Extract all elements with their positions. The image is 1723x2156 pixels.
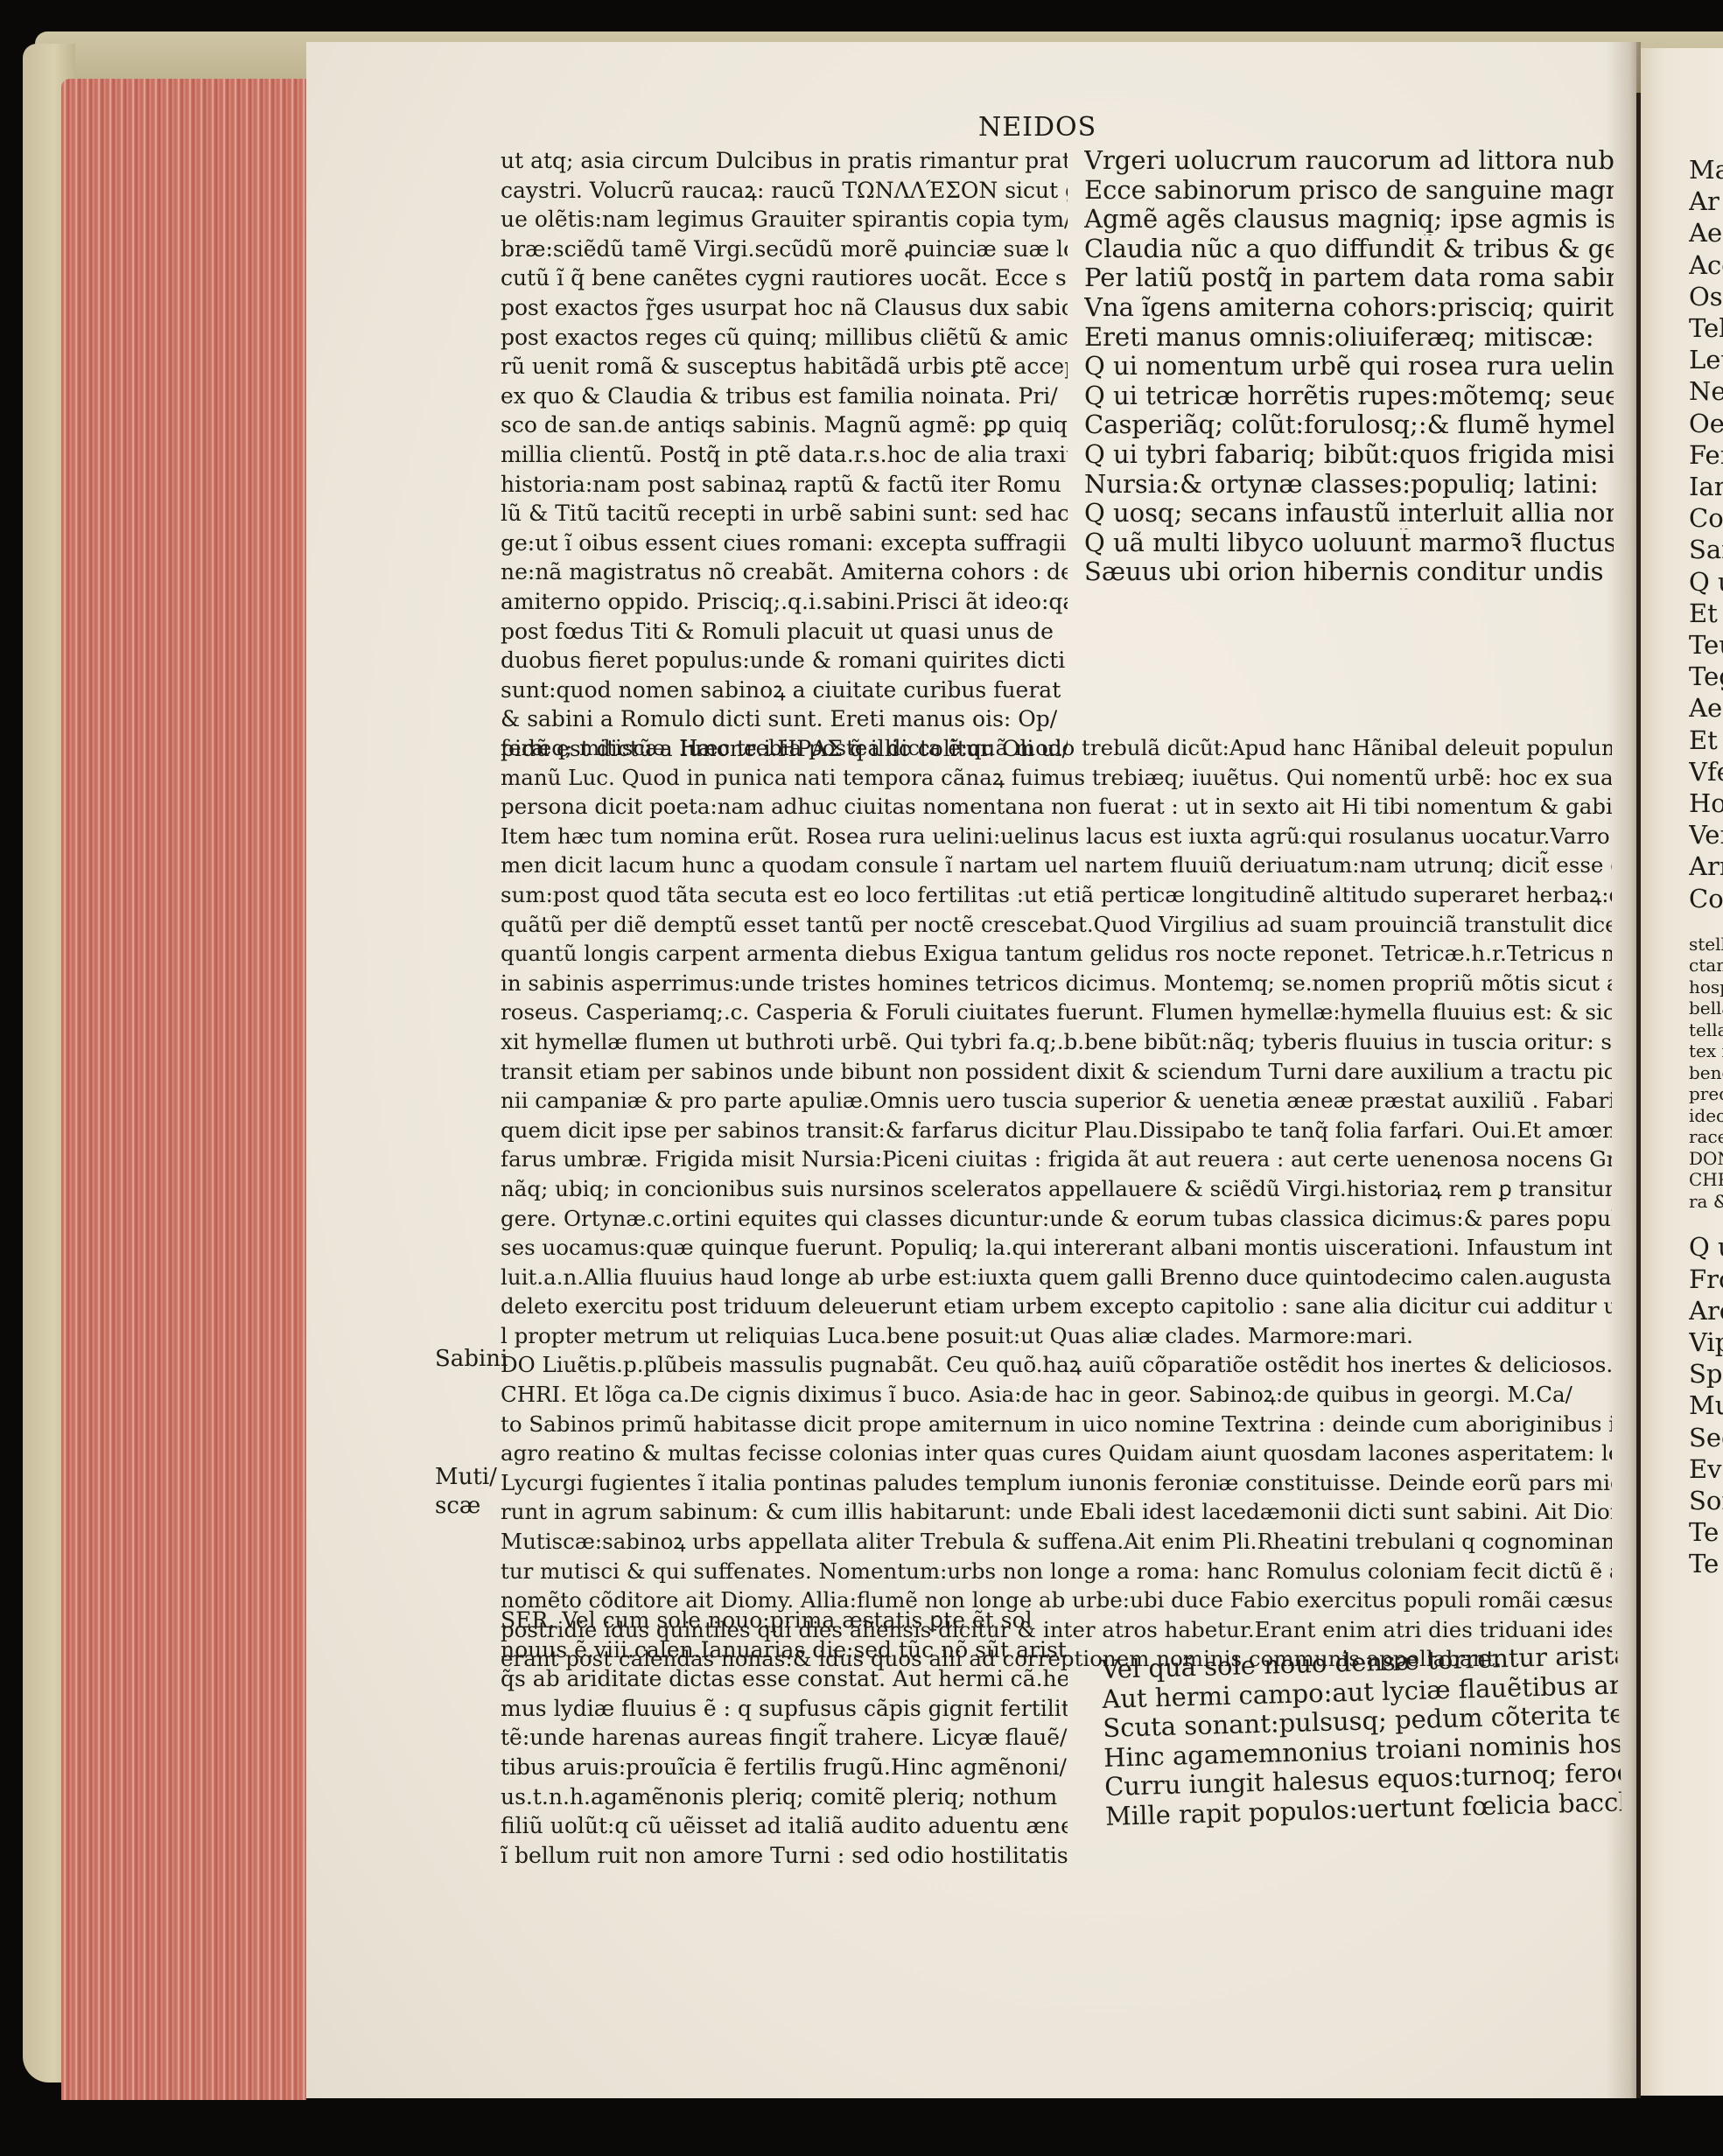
facing-page-fragment: stella c <box>1689 934 1723 955</box>
facing-page-fragment: Viper <box>1689 1326 1723 1358</box>
facing-page-fragment: DON <box>1689 1148 1723 1170</box>
facing-page-fragment: Osc <box>1689 281 1723 312</box>
facing-page-fragment: Fert <box>1689 439 1723 471</box>
facing-page-fragment: precipu <box>1689 1083 1723 1105</box>
commentary-line: l propter metrum ut reliquias Luca.bene … <box>501 1321 1612 1351</box>
commentary-line: amiterno oppido. Prisciq;.q.i.sabini.Pri… <box>501 587 1068 617</box>
commentary-line: in sabinis asperrimus:unde tristes homin… <box>501 969 1612 998</box>
commentary-line: ut atq; asia circum Dulcibus in pratis r… <box>501 146 1068 176</box>
verse-block-top: Vrgeri uolucrum raucorum ad littora nubẽ… <box>1084 146 1614 587</box>
verse-line: Vrgeri uolucrum raucorum ad littora nubẽ… <box>1084 146 1614 176</box>
commentary-line: ex quo & Claudia & tribus est familia no… <box>501 381 1068 411</box>
facing-page-fragment: Tegr <box>1689 661 1723 692</box>
commentary-line: quantũ longis carpent armenta diebus Exi… <box>501 939 1612 969</box>
facing-page-fragment: Q u <box>1689 566 1723 598</box>
commentary-line: gere. Ortynæ.c.ortini equites qui classe… <box>501 1204 1612 1234</box>
commentary-line: post fœdus Titi & Romuli placuit ut quas… <box>501 617 1068 647</box>
facing-page-fragment: Somn <box>1689 1485 1723 1516</box>
verse-block-bottom: Vel quã sole nouo densæ torrentur aristæ… <box>1101 1641 1621 1832</box>
commentary-line: quem dicit ipse per sabinos transit:& fa… <box>501 1116 1612 1145</box>
facing-page-fragment: Aera <box>1689 692 1723 724</box>
facing-page-fragment: Q uir <box>1689 1231 1723 1263</box>
facing-page-fragment: Nec <box>1689 375 1723 407</box>
commentary-line: ge:ut ĩ oibus essent ciues romani: excep… <box>501 528 1068 558</box>
commentary-line: deleto exercitu post triduum deleuerunt … <box>501 1291 1612 1321</box>
facing-page-fragment: bene fa <box>1689 1062 1723 1084</box>
commentary-line: ses uocamus:quæ quinque fuerunt. Populiq… <box>501 1233 1612 1263</box>
commentary-line: historia:nam post sabinaꝝ raptũ & factũ … <box>501 470 1068 500</box>
commentary-line: sunt:quod nomen sabinoꝝ a ciuitate curib… <box>501 675 1068 705</box>
red-stained-page-edges <box>61 79 306 2100</box>
margin-note-sabini: Sabini <box>435 1346 508 1372</box>
facing-page-fragment: Vena <box>1689 819 1723 850</box>
facing-page-fragment: Te liq <box>1689 1548 1723 1579</box>
commentary-line: nii campaniæ & pro parte apuliæ.Omnis ue… <box>501 1086 1612 1116</box>
commentary-line: agro reatino & multas fecisse colonias i… <box>501 1438 1612 1468</box>
facing-page-fragment: Tel <box>1689 312 1723 344</box>
commentary-full-width: feræq; mitiscæ: Hæc trebia postea dicta … <box>501 733 1612 1674</box>
verse-line: Vna ĩgens amiterna cohors:prisciq; quiri… <box>1084 293 1614 323</box>
verse-line: Nursia:& ortynæ classes:populiq; latini: <box>1084 470 1614 500</box>
commentary-line: nãq; ubiq; in concionibus suis nursinos … <box>501 1174 1612 1204</box>
verse-line: Sæuus ubi orion hibernis conditur undis <box>1084 557 1614 587</box>
facing-page-fragment: Sed no <box>1689 1422 1723 1453</box>
facing-page-fragment: Con <box>1689 502 1723 534</box>
commentary-line: us.t.n.h.agamẽnonis pleriq; comitẽ pleri… <box>501 1782 1068 1812</box>
facing-page-fragment: ra & m <box>1689 1191 1723 1213</box>
facing-page-fragment: Evalui <box>1689 1453 1723 1485</box>
verse-line: Agmẽ agẽs clausus magniq; ipse agmis ist… <box>1084 205 1614 234</box>
commentary-line: transit etiam per sabinos unde bibunt no… <box>501 1057 1612 1087</box>
facing-page-fragment: Teut <box>1689 629 1723 661</box>
verse-line: Casperiãq; colũt:forulosq;:& flumẽ hymel… <box>1084 410 1614 440</box>
commentary-line: quãtũ per diẽ demptũ esset tantũ per noc… <box>501 910 1612 940</box>
verse-line: Ereti manus omnis:oliuiferæq; mitiscæ: <box>1084 323 1614 353</box>
commentary-line: tur mutisci & qui suffenates. Nomentum:u… <box>501 1557 1612 1586</box>
facing-page-fragment: Acc <box>1689 249 1723 281</box>
commentary-line: cutũ ĩ q̃ bene canẽtes cygni rautiores u… <box>501 263 1068 293</box>
commentary-line: post exactos reges cũ quinq; millibus cl… <box>501 323 1068 353</box>
verse-line: Q ui tybri fabariq; bibũt:quos frigida m… <box>1084 440 1614 470</box>
commentary-line: Lycurgi fugientes ĩ italia pontinas palu… <box>501 1468 1612 1498</box>
commentary-line: q̃s ab ariditate dictas esse constat. Au… <box>501 1664 1068 1694</box>
commentary-line: filiũ uolũt:q cũ uẽisset ad italiã audit… <box>501 1811 1068 1841</box>
commentary-line: manũ Luc. Quod in punica nati tempora cã… <box>501 763 1612 793</box>
facing-page-fragment: Conu <box>1689 883 1723 914</box>
facing-page-fragment: races fu <box>1689 1126 1723 1148</box>
commentary-bottom-left: SER. Vel cum sole nouo:prima æstatis ꝑte… <box>501 1606 1068 1870</box>
commentary-line: Item hæc tum nomina erũt. Rosea rura uel… <box>501 822 1612 851</box>
verse-line: Ecce sabinorum prisco de sanguine magnum <box>1084 176 1614 206</box>
commentary-line: Mutiscæ:sabinoꝝ urbs appellata aliter Tr… <box>501 1527 1612 1557</box>
facing-page-text: MaArAecAccOscTelLeuNecOebFertIamConSarrQ… <box>1689 154 1723 1580</box>
facing-page-fragment: Iam <box>1689 471 1723 502</box>
facing-page-fragment: Ar <box>1689 185 1723 217</box>
facing-page-fragment: bella p <box>1689 997 1723 1019</box>
commentary-line: DO Liuẽtis.p.plũbeis massulis pugnabãt. … <box>501 1350 1612 1380</box>
verse-line: Claudia nũc a quo diffundit̃ & tribus & … <box>1084 234 1614 264</box>
facing-page-fragment: tex in c <box>1689 1040 1723 1062</box>
commentary-line: men dicit lacum hunc a quodam consule ĩ … <box>501 850 1612 880</box>
commentary-line: ue olẽtis:nam legimus Grauiter spirantis… <box>501 205 1068 234</box>
commentary-line: to Sabinos primũ habitasse dicit prope a… <box>501 1410 1612 1439</box>
commentary-line: rũ uenit romã & susceptus habitãdã urbis… <box>501 352 1068 381</box>
commentary-line: post exactos ɼ̃ges usurpat hoc nã Clausu… <box>501 293 1068 323</box>
commentary-line: lũ & Titũ tacitũ recepti in urbẽ sabini … <box>501 499 1068 528</box>
facing-page-fragment: Sarr <box>1689 534 1723 565</box>
facing-page-fragment: Sparg <box>1689 1358 1723 1389</box>
facing-page-fragment: Horr <box>1689 787 1723 819</box>
commentary-line: CHRI. Et lõga ca.De cignis diximus ĩ buc… <box>501 1380 1612 1410</box>
margin-note-mutiscae-2: scæ <box>435 1493 480 1519</box>
facing-page-fragment: tella ga <box>1689 1019 1723 1041</box>
facing-page-fragment: Aec <box>1689 217 1723 248</box>
commentary-line: runt in agrum sabinum: & cum illis habit… <box>501 1497 1612 1527</box>
facing-page-fragment: Leu <box>1689 344 1723 375</box>
facing-page-fragment: Oeb <box>1689 408 1723 439</box>
margin-note-mutiscae-1: Muti/ <box>435 1464 497 1490</box>
commentary-line: & sabini a Romulo dicti sunt. Ereti manu… <box>501 704 1068 734</box>
commentary-line: ĩ bellum ruit non amore Turni : sed odio… <box>501 1841 1068 1871</box>
running-head: NEIDOS <box>978 112 1096 143</box>
verse-line: Q ui nomentum urbẽ qui rosea rura uelini… <box>1084 352 1614 381</box>
facing-page-fragment: ctant n <box>1689 955 1723 976</box>
facing-page-fragment: Arma <box>1689 850 1723 882</box>
facing-page-fragment: Ma <box>1689 154 1723 185</box>
commentary-line: nouus ẽ.viii.calen.Ianuarias die:sed tũc… <box>501 1635 1068 1665</box>
facing-page-fragment: ideo era <box>1689 1105 1723 1127</box>
verse-line: Q uã multi libyco uoluunt̃ marmoꝛ̃ fluct… <box>1084 528 1614 558</box>
commentary-line: feræq; mitiscæ: Hæc trebia postea dicta … <box>501 733 1612 763</box>
facing-page-fragment: Et te <box>1689 724 1723 756</box>
commentary-line: sco de san.de antiqs sabinis. Magnũ agmẽ… <box>501 410 1068 440</box>
commentary-line: persona dicit poeta:nam adhuc ciuitas no… <box>501 792 1612 822</box>
spacer <box>1689 914 1723 934</box>
commentary-line: SER. Vel cum sole nouo:prima æstatis ꝑte… <box>501 1606 1068 1635</box>
commentary-line: millia clientũ. Postq̃ in ꝑtẽ data.r.s.h… <box>501 440 1068 470</box>
spacer <box>1689 1212 1723 1231</box>
commentary-line: duobus fieret populus:unde & romani quir… <box>501 646 1068 675</box>
facing-page-fragment: Archip <box>1689 1295 1723 1326</box>
facing-page-fragment: Mulce <box>1689 1389 1723 1421</box>
commentary-line: farus umbræ. Frigida misit Nursia:Piceni… <box>501 1144 1612 1174</box>
commentary-line: luit.a.n.Allia fluuius haud longe ab urb… <box>501 1263 1612 1292</box>
commentary-line: bræ:sciẽdũ tamẽ Virgi.secũdũ morẽ ꝓuinci… <box>501 234 1068 264</box>
commentary-line: mus lydiæ fluuius ẽ : q supfusus cãpis g… <box>501 1694 1068 1724</box>
verse-line: Per latiũ postq̃ in partem data roma sab… <box>1084 263 1614 293</box>
facing-page-fragment: Vfen <box>1689 756 1723 787</box>
facing-page-fragment: hospiti <box>1689 976 1723 998</box>
commentary-line: tẽ:unde harenas aureas fingit̃ trahere. … <box>501 1723 1068 1753</box>
commentary-line: ne:nã magistratus nõ creabãt. Amiterna c… <box>501 557 1068 587</box>
commentary-top-left: ut atq; asia circum Dulcibus in pratis r… <box>501 146 1068 763</box>
commentary-line: sum:post quod tãta secuta est eo loco fe… <box>501 880 1612 910</box>
commentary-line: xit hymellæ flumen ut buthroti urbẽ. Qui… <box>501 1027 1612 1057</box>
commentary-line: caystri. Volucrũ raucaꝝ: raucũ ΤΩΝΛΛΈΣΟΝ… <box>501 176 1068 206</box>
verse-line: Q ui tetricæ horrẽtis rupes:mõtemq; seue… <box>1084 381 1614 411</box>
facing-page-fragment: Te ner <box>1689 1516 1723 1548</box>
verse-line: Q uosq; secans infaustũ interluit allia … <box>1084 499 1614 528</box>
commentary-line: roseus. Casperiamq;.c. Casperia & Foruli… <box>501 997 1612 1027</box>
facing-page-fragment: Et qu <box>1689 598 1723 629</box>
facing-page-fragment: Frond <box>1689 1263 1723 1295</box>
facing-page-fragment: CHR <box>1689 1169 1723 1191</box>
commentary-line: tibus aruis:prouĩcia ẽ fertilis frugũ.Hi… <box>501 1753 1068 1782</box>
